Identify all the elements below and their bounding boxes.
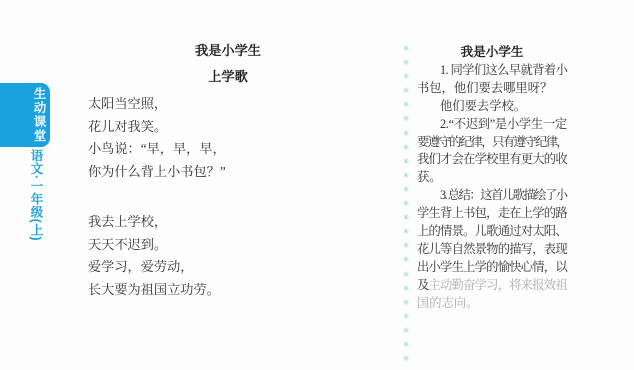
asterisk-separator-icon: ✳ — [403, 127, 410, 141]
notes-line: 我们才会在学校里有更大的收 — [417, 151, 567, 169]
asterisk-separator-icon: ✳ — [403, 296, 410, 310]
notes-text-segment: 他们要去学校。 — [440, 99, 526, 113]
asterisk-separator-icon: ✳ — [403, 155, 410, 169]
notes-line: 及主动勤奋学习，将来报效祖 — [417, 277, 567, 295]
notes-line: 1. 同学们这么早就背着小 — [417, 62, 567, 80]
notes-text-segment: 3. 总结：这首儿歌描绘了小 — [440, 188, 567, 202]
asterisk-separator-icon: ✳ — [403, 183, 410, 197]
notes-text-segment: 要遵守的纪律，只有遵守纪律， — [417, 135, 567, 149]
notes-line: 3. 总结：这首儿歌描绘了小 — [417, 187, 567, 205]
notes-text-segment: 1. 同学们这么早就背着小 — [440, 63, 567, 77]
asterisk-separator-icon: ✳ — [403, 141, 410, 155]
poem-line: 长大要为祖国立功劳。 — [88, 279, 368, 302]
notes-line: 出小学生上学的愉快心情，以 — [417, 259, 567, 277]
notes-text-segment: 学生背上书包，走在上学的路 — [417, 206, 567, 220]
subject-grade-caption: 语文·一年级(上) — [27, 149, 45, 241]
notes-title: 我是小学生 — [417, 41, 567, 60]
poem-stanza-1: 太阳当空照，花儿对我笑。小鸟说：“早，早，早，你为什么背上小书包？” — [88, 93, 368, 183]
series-tab-label: 生动课堂 — [30, 87, 48, 143]
poem-line: 花儿对我笑。 — [88, 116, 368, 139]
notes-text-segment: 及 — [417, 278, 429, 292]
notes-text-segment: 2.“不迟到”是小学生一定 — [440, 117, 567, 131]
asterisk-separator-icon: ✳ — [403, 211, 410, 225]
asterisk-separator-icon: ✳ — [403, 84, 410, 98]
asterisk-separator-icon: ✳ — [403, 70, 410, 84]
series-tab: 生动课堂 — [0, 83, 50, 147]
notes-line: 学生背上书包，走在上学的路 — [417, 205, 567, 223]
notes-text-segment: 出小学生上学的愉快心情，以 — [417, 260, 567, 274]
lesson-title: 我是小学生 — [88, 40, 368, 59]
poem-line: 小鸟说：“早，早，早， — [88, 138, 368, 161]
notes-line: 上的情景。儿歌通过对太阳、 — [417, 223, 567, 241]
asterisk-separator-icon: ✳ — [403, 282, 410, 296]
notes-line: 获。 — [417, 169, 567, 187]
notes-line: 他们要去学校。 — [417, 98, 567, 116]
notes-text-segment: 国的志向。 — [417, 296, 479, 310]
notes-text-segment: 上的情景。儿歌通过对太阳、 — [417, 224, 567, 238]
poem-line: 太阳当空照， — [88, 93, 368, 116]
asterisk-separator-icon: ✳ — [403, 225, 410, 239]
teaching-notes: 1. 同学们这么早就背着小书包，他们要去哪里呀？他们要去学校。2.“不迟到”是小… — [417, 62, 567, 312]
asterisk-separator-icon: ✳ — [403, 310, 410, 324]
notes-text-segment: 主动勤奋学习，将来报效祖 — [429, 278, 567, 292]
decorative-separator: ✳✳✳✳✳✳✳✳✳✳✳✳✳✳✳✳✳✳✳✳✳✳✳ — [399, 42, 413, 366]
poem-stanza-2: 我去上学校，天天不迟到。爱学习，爱劳动，长大要为祖国立功劳。 — [88, 211, 368, 301]
notes-text-segment: 我们才会在学校里有更大的收 — [417, 152, 567, 166]
asterisk-separator-icon: ✳ — [403, 268, 410, 282]
asterisk-separator-icon: ✳ — [403, 56, 410, 70]
poem-line: 爱学习，爱劳动， — [88, 256, 368, 279]
asterisk-separator-icon: ✳ — [403, 253, 410, 267]
notes-text-segment: 获。 — [417, 170, 442, 184]
notes-text-segment: 书包，他们要去哪里呀？ — [417, 81, 552, 95]
asterisk-separator-icon: ✳ — [403, 324, 410, 338]
asterisk-separator-icon: ✳ — [403, 197, 410, 211]
asterisk-separator-icon: ✳ — [403, 239, 410, 253]
asterisk-separator-icon: ✳ — [403, 169, 410, 183]
asterisk-separator-icon: ✳ — [403, 338, 410, 352]
book-spread: 生动课堂 语文·一年级(上) 我是小学生 上学歌 太阳当空照，花儿对我笑。小鸟说… — [0, 0, 634, 370]
asterisk-separator-icon: ✳ — [403, 42, 410, 56]
notes-line: 国的志向。 — [417, 295, 567, 313]
asterisk-separator-icon: ✳ — [403, 352, 410, 366]
notes-line: 花儿等自然景物的描写，表现 — [417, 241, 567, 259]
poem-line: 你为什么背上小书包？” — [88, 161, 368, 184]
poem-line: 我去上学校， — [88, 211, 368, 234]
poem-title: 上学歌 — [88, 66, 368, 85]
asterisk-separator-icon: ✳ — [403, 98, 410, 112]
notes-line: 书包，他们要去哪里呀？ — [417, 80, 567, 98]
notes-line: 2.“不迟到”是小学生一定 — [417, 116, 567, 134]
poem-line: 天天不迟到。 — [88, 234, 368, 257]
asterisk-separator-icon: ✳ — [403, 112, 410, 126]
notes-text-segment: 花儿等自然景物的描写，表现 — [417, 242, 567, 256]
notes-line: 要遵守的纪律，只有遵守纪律， — [417, 134, 567, 152]
